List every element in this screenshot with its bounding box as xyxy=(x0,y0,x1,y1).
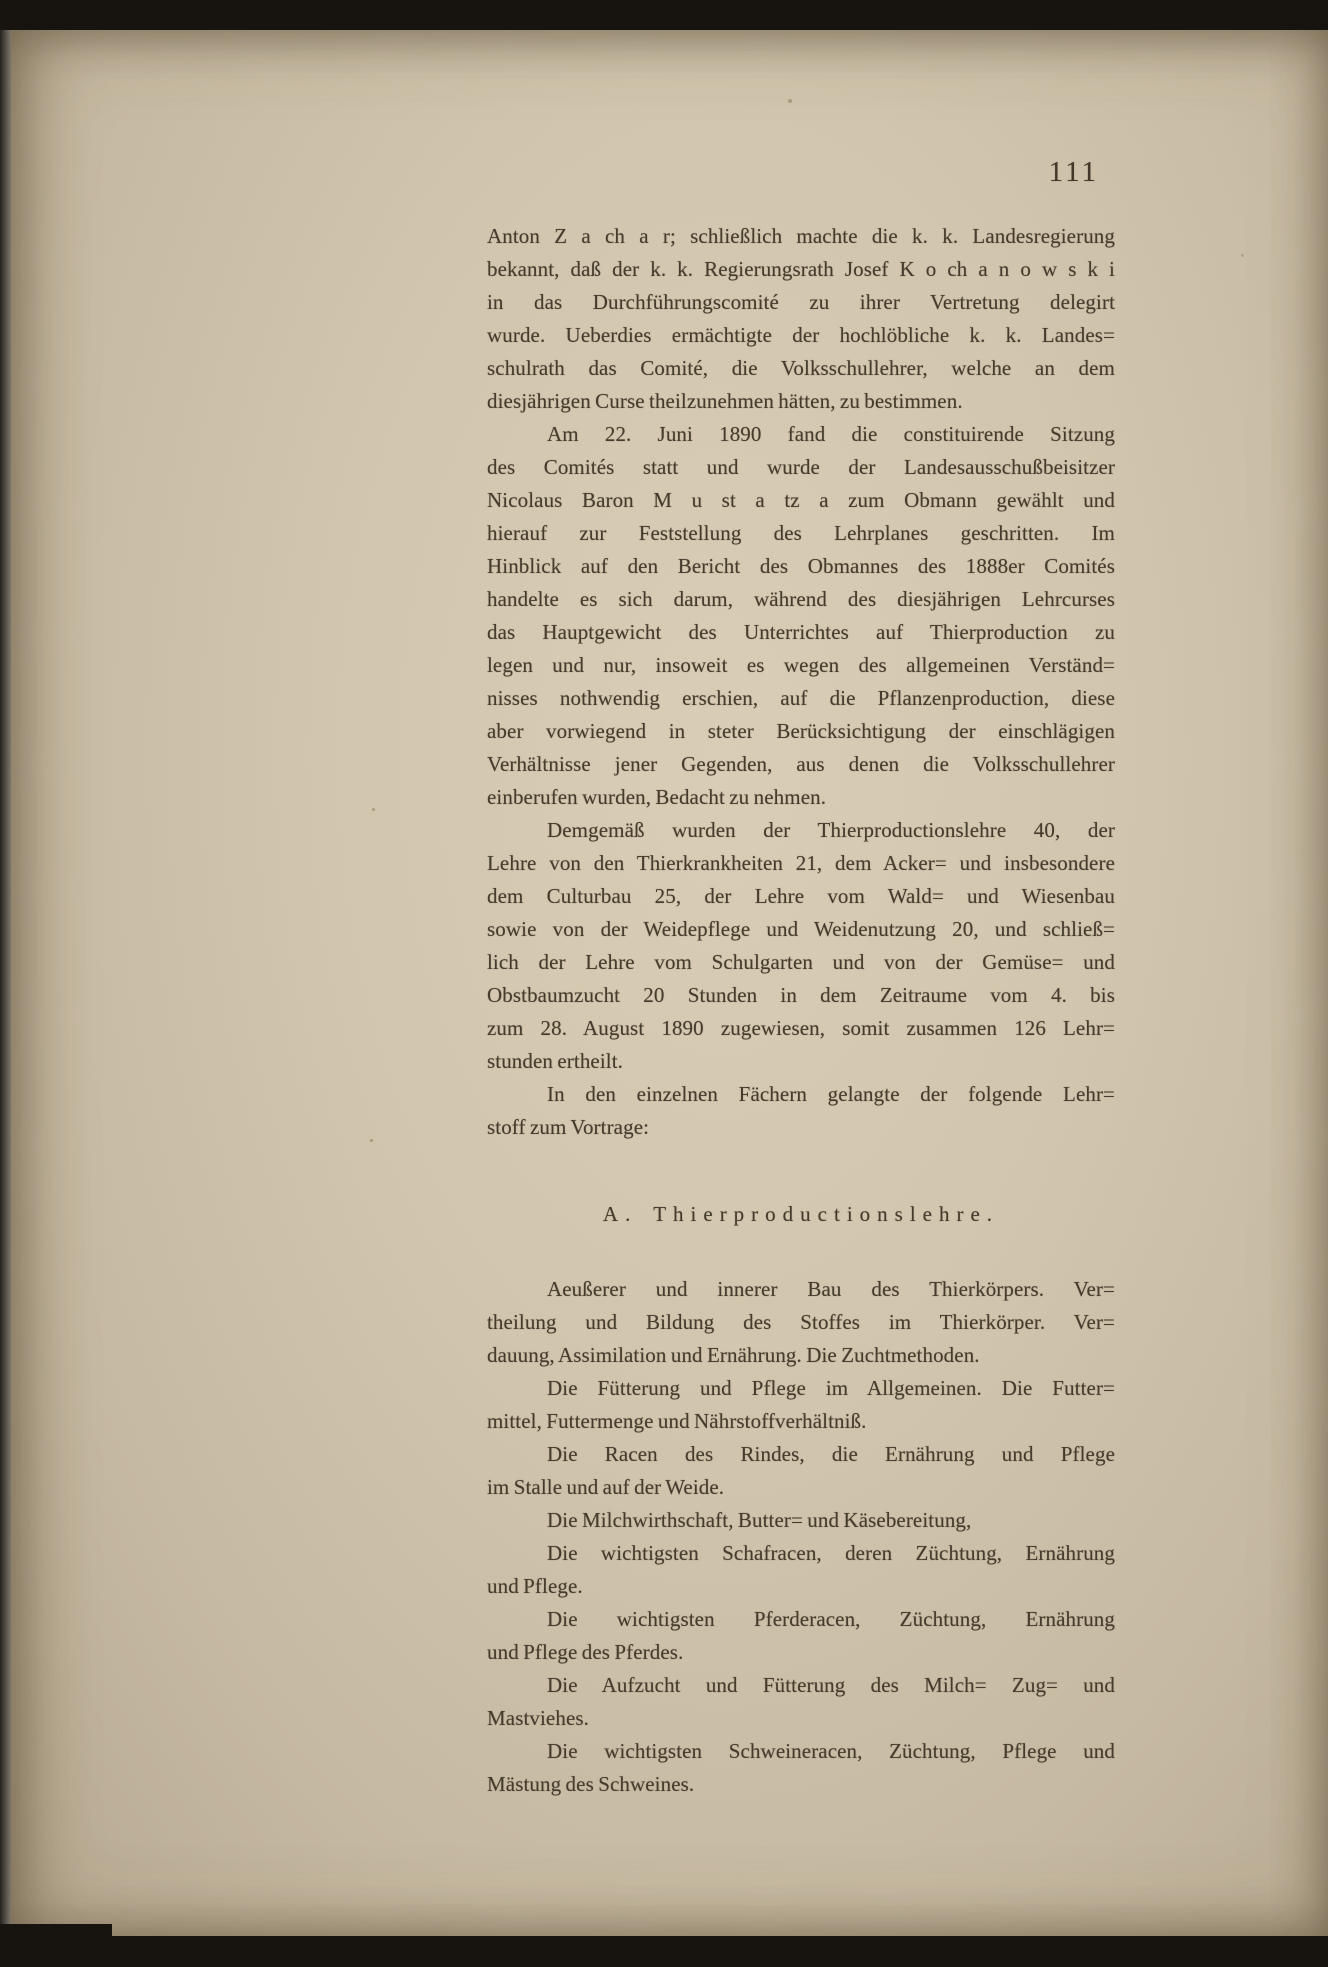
text-line: Nicolaus Baron M u st a tz a zum Obmann … xyxy=(487,484,1115,517)
text-line: Obstbaumzucht 20 Stunden in dem Zeitraum… xyxy=(487,979,1115,1012)
text-line: Die Aufzucht und Fütterung des Milch= Zu… xyxy=(487,1669,1115,1702)
paper-speck xyxy=(370,1139,373,1142)
paragraph: In den einzelnen Fächern gelangte der fo… xyxy=(487,1078,1115,1144)
text-line: theilung und Bildung des Stoffes im Thie… xyxy=(487,1306,1115,1339)
text-line: Aeußerer und innerer Bau des Thierkörper… xyxy=(487,1273,1115,1306)
text-line: aber vorwiegend in steter Berücksichtigu… xyxy=(487,715,1115,748)
text-line: stunden ertheilt. xyxy=(487,1045,1115,1078)
book-edge-strip xyxy=(0,0,11,1967)
text-line: Hinblick auf den Bericht des Obmannes de… xyxy=(487,550,1115,583)
text-line: lich der Lehre vom Schulgarten und von d… xyxy=(487,946,1115,979)
text-line: Die Milchwirthschaft, Butter= und Käsebe… xyxy=(487,1504,1115,1537)
text-line: Lehre von den Thierkrankheiten 21, dem A… xyxy=(487,847,1115,880)
text-line: Mastviehes. xyxy=(487,1702,1115,1735)
text-line: nisses nothwendig erschien, auf die Pfla… xyxy=(487,682,1115,715)
text-line: Die Fütterung und Pflege im Allgemeinen.… xyxy=(487,1372,1115,1405)
text-line: hierauf zur Feststellung des Lehrplanes … xyxy=(487,517,1115,550)
text-line: zum 28. August 1890 zugewiesen, somit zu… xyxy=(487,1012,1115,1045)
text-line: handelte es sich darum, während des dies… xyxy=(487,583,1115,616)
paragraph: Die wichtigsten Pferderacen, Züchtung, E… xyxy=(487,1603,1115,1669)
text-line: und Pflege. xyxy=(487,1570,1115,1603)
text-line: Die wichtigsten Schweineracen, Züchtung,… xyxy=(487,1735,1115,1768)
text-line: Mästung des Schweines. xyxy=(487,1768,1115,1801)
paragraph: Anton Z a ch a r; schließlich machte die… xyxy=(487,220,1115,418)
paragraph: Die wichtigsten Schweineracen, Züchtung,… xyxy=(487,1735,1115,1801)
text-line: Die wichtigsten Schafracen, deren Züchtu… xyxy=(487,1537,1115,1570)
text-line: stoff zum Vortrage: xyxy=(487,1111,1115,1144)
text-line: bekannt, daß der k. k. Regierungsrath Jo… xyxy=(487,253,1115,286)
page-number: 111 xyxy=(487,150,1115,194)
text-line: Am 22. Juni 1890 fand die constituirende… xyxy=(487,418,1115,451)
text-line: im Stalle und auf der Weide. xyxy=(487,1471,1115,1504)
bottom-scan-band xyxy=(0,1936,1328,1967)
text-line: schulrath das Comité, die Volksschullehr… xyxy=(487,352,1115,385)
text-line: mittel, Futtermenge und Nährstoffverhält… xyxy=(487,1405,1115,1438)
paper-speck xyxy=(1241,254,1244,257)
paragraph: Die Aufzucht und Fütterung des Milch= Zu… xyxy=(487,1669,1115,1735)
paragraph: Die Racen des Rindes, die Ernährung und … xyxy=(487,1438,1115,1504)
paragraph: Die wichtigsten Schafracen, deren Züchtu… xyxy=(487,1537,1115,1603)
text-line: Demgemäß wurden der Thierproductionslehr… xyxy=(487,814,1115,847)
text-line: Anton Z a ch a r; schließlich machte die… xyxy=(487,220,1115,253)
paragraph: Am 22. Juni 1890 fand die constituirende… xyxy=(487,418,1115,814)
top-scan-band xyxy=(0,0,1328,30)
text-line: Die Racen des Rindes, die Ernährung und … xyxy=(487,1438,1115,1471)
section-heading: A. Thierproductionslehre. xyxy=(487,1198,1115,1231)
paragraph: Aeußerer und innerer Bau des Thierkörper… xyxy=(487,1273,1115,1372)
text-line: Die wichtigsten Pferderacen, Züchtung, E… xyxy=(487,1603,1115,1636)
text-column: 111 Anton Z a ch a r; schließlich machte… xyxy=(487,150,1115,1801)
text-line: das Hauptgewicht des Unterrichtes auf Th… xyxy=(487,616,1115,649)
text-line: und Pflege des Pferdes. xyxy=(487,1636,1115,1669)
text-line: des Comités statt und wurde der Landesau… xyxy=(487,451,1115,484)
paper-speck xyxy=(372,808,375,811)
text-line: sowie von der Weidepflege und Weidenutzu… xyxy=(487,913,1115,946)
text-line: wurde. Ueberdies ermächtigte der hochlöb… xyxy=(487,319,1115,352)
text-line: diesjährigen Curse theilzunehmen hätten,… xyxy=(487,385,1115,418)
text-line: dem Culturbau 25, der Lehre vom Wald= un… xyxy=(487,880,1115,913)
text-line: einberufen wurden, Bedacht zu nehmen. xyxy=(487,781,1115,814)
text-line: legen und nur, insoweit es wegen des all… xyxy=(487,649,1115,682)
paper-speck xyxy=(788,99,792,103)
text-line: in das Durchführungscomité zu ihrer Vert… xyxy=(487,286,1115,319)
paragraph: Die Milchwirthschaft, Butter= und Käsebe… xyxy=(487,1504,1115,1537)
bottom-scan-band-step xyxy=(0,1924,112,1967)
text-line: Verhältnisse jener Gegenden, aus denen d… xyxy=(487,748,1115,781)
paragraph: Die Fütterung und Pflege im Allgemeinen.… xyxy=(487,1372,1115,1438)
text-line: dauung, Assimilation und Ernährung. Die … xyxy=(487,1339,1115,1372)
paragraph: Demgemäß wurden der Thierproductionslehr… xyxy=(487,814,1115,1078)
text-line: In den einzelnen Fächern gelangte der fo… xyxy=(487,1078,1115,1111)
